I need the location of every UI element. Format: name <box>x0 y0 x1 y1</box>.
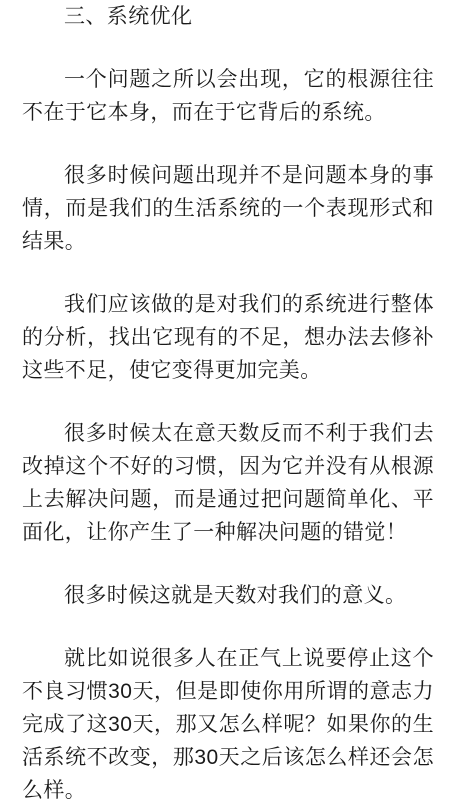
paragraph: 一个问题之所以会出现，它的根源往往不在于它本身，而在于它背后的系统。 <box>22 63 434 129</box>
paragraph: 我们应该做的是对我们的系统进行整体的分析，找出它现有的不足，想办法去修补这些不足… <box>22 288 434 387</box>
paragraph: 很多时候问题出现并不是问题本身的事情，而是我们的生活系统的一个表现形式和结果。 <box>22 159 434 258</box>
paragraph: 很多时候这就是天数对我们的意义。 <box>22 579 434 612</box>
paragraph: 就比如说很多人在正气上说要停止这个不良习惯30天，但是即使你用所谓的意志力完成了… <box>22 642 434 807</box>
paragraph: 很多时候太在意天数反而不利于我们去改掉这个不好的习惯，因为它并没有从根源上去解决… <box>22 417 434 549</box>
section-heading: 三、系统优化 <box>22 0 434 33</box>
article-page: 三、系统优化 一个问题之所以会出现，它的根源往往不在于它本身，而在于它背后的系统… <box>0 0 456 807</box>
